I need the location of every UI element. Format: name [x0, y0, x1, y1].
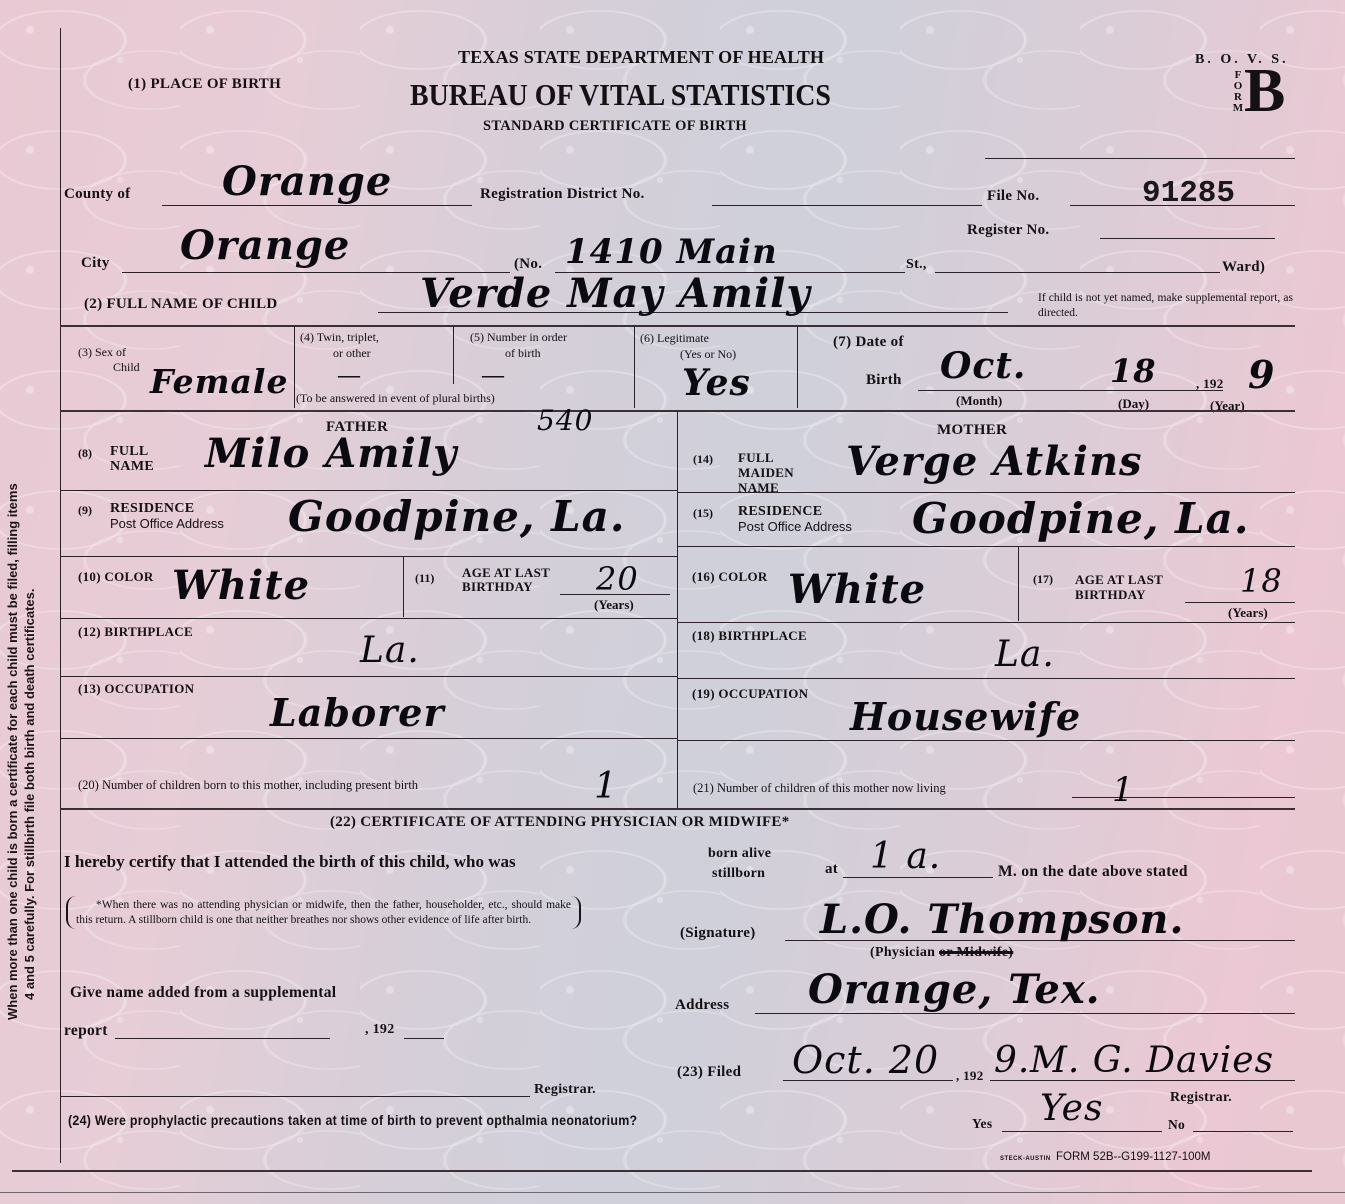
father-birthplace-rule	[60, 676, 677, 677]
mother-color-age-divider	[1018, 547, 1019, 621]
supplemental-registrar-underline	[60, 1096, 530, 1097]
ward-underline	[935, 272, 1220, 273]
dob-label-line2: Birth	[866, 372, 902, 389]
county-label: County of	[64, 186, 130, 203]
children-born-value[interactable]: 1	[594, 766, 618, 807]
signature-label: (Signature)	[680, 925, 756, 942]
certificate-type-title: STANDARD CERTIFICATE OF BIRTH	[483, 118, 747, 135]
register-no-underline	[1100, 238, 1275, 239]
children-living-label: (21) Number of children of this mother n…	[693, 781, 946, 796]
sex-label: (3) Sex of	[78, 345, 126, 360]
physician-address-value[interactable]: Orange, Tex.	[808, 966, 1101, 1013]
mother-name-value[interactable]: Verge Atkins	[846, 438, 1143, 485]
form-word-vertical: FORM	[1232, 70, 1244, 114]
filed-year-value[interactable]: 9.	[994, 1040, 1030, 1081]
supplemental-label: Give name added from a supplemental	[70, 984, 336, 1002]
birth-time-at-label: at	[825, 861, 838, 878]
mother-color-label: (16) COLOR	[692, 569, 768, 585]
footnote-bracket-box: *When there was no attending physician o…	[66, 896, 581, 929]
divider-6-7	[797, 326, 798, 408]
mother-name-label-line1: FULL	[738, 450, 794, 465]
registrar-signature-value[interactable]: M. G. Davies	[1030, 1040, 1274, 1081]
printer-imprint: STECK-AUSTIN	[1000, 1156, 1051, 1162]
father-occupation-value[interactable]: Laborer	[270, 690, 444, 735]
mother-occupation-label: (19) OCCUPATION	[692, 686, 808, 702]
county-underline	[162, 205, 472, 206]
father-name-num: (8)	[78, 446, 92, 461]
sidebar-note-line-1: When more than one child is born a certi…	[4, 160, 21, 1020]
sidebar-note-line-2: 4 and 5 carefully. For stillbirth file b…	[21, 160, 38, 1020]
registration-district-underline	[712, 205, 982, 206]
parents-center-divider	[677, 411, 678, 809]
legitimate-label-line2: (Yes or No)	[680, 347, 736, 362]
father-birthplace-value[interactable]: La.	[360, 630, 420, 671]
registration-district-label: Registration District No.	[480, 186, 645, 203]
physician-signature-value[interactable]: L.O. Thompson.	[820, 896, 1184, 943]
left-margin-rule	[60, 28, 61, 1163]
mother-age-value[interactable]: 18	[1240, 562, 1283, 600]
form-letter: B	[1244, 56, 1285, 126]
month-caption: (Month)	[956, 393, 1002, 409]
birth-order-label: (5) Number in order	[470, 330, 567, 345]
mother-name-label: FULLMAIDENNAME	[738, 450, 794, 495]
father-residence-label-line1: RESIDENCE	[110, 501, 224, 516]
street-suffix-label: St.,	[906, 257, 927, 273]
twin-label-line2: or other	[333, 346, 371, 361]
mother-birthplace-rule	[677, 678, 1295, 679]
midwife-caption-struck: or Midwife)	[939, 945, 1013, 960]
form-number: FORM 52B--G199-1127-100M	[1056, 1151, 1210, 1163]
children-born-label: (20) Number of children born to this mot…	[78, 778, 418, 793]
dob-month-value[interactable]: Oct.	[940, 345, 1026, 387]
birth-order-value[interactable]: —	[482, 362, 504, 388]
father-name-label: FULLNAME	[110, 444, 154, 474]
mother-years-caption: (Years)	[1228, 605, 1268, 621]
children-living-value[interactable]: 1	[1112, 770, 1135, 810]
father-color-value[interactable]: White	[172, 562, 310, 609]
birth-time-underline	[843, 877, 993, 878]
father-margin-note: 540	[537, 404, 593, 437]
father-color-label: (10) COLOR	[78, 569, 154, 585]
prophylactic-no-underline	[1193, 1131, 1293, 1132]
address-label: Address	[675, 997, 729, 1014]
physician-certificate-heading: (22) CERTIFICATE OF ATTENDING PHYSICIAN …	[330, 814, 790, 831]
attending-footnote: *When there was no attending physician o…	[76, 898, 571, 927]
mother-occupation-rule	[677, 740, 1295, 741]
birth-time-suffix: M. on the date above stated	[998, 863, 1188, 881]
father-birthplace-label: (12) BIRTHPLACE	[78, 624, 193, 640]
bottom-rule-2	[0, 1192, 1345, 1193]
signature-caption: (Physician or Midwife)	[870, 945, 1013, 961]
dob-underline	[918, 390, 1223, 391]
file-no-value[interactable]: 91285	[1142, 176, 1235, 211]
twin-value[interactable]: —	[338, 362, 360, 388]
mother-residence-value[interactable]: Goodpine, La.	[912, 494, 1249, 543]
twin-label: (4) Twin, triplet,	[300, 330, 379, 345]
father-residence-rule	[60, 556, 677, 557]
mother-residence-num: (15)	[693, 506, 713, 521]
father-name-value[interactable]: Milo Amily	[205, 430, 457, 477]
mother-residence-label-line1: RESIDENCE	[738, 504, 852, 519]
child-name-label: (2) FULL NAME OF CHILD	[84, 296, 278, 313]
father-years-caption: (Years)	[594, 597, 634, 613]
bureau-title: BUREAU OF VITAL STATISTICS	[410, 77, 831, 113]
father-age-label: AGE AT LASTBIRTHDAY	[462, 566, 550, 594]
father-color-age-divider	[403, 557, 404, 617]
birth-order-label-line2: of birth	[505, 346, 541, 361]
address-underline	[755, 1013, 1295, 1014]
mother-occupation-value[interactable]: Housewife	[850, 694, 1081, 739]
dob-year-value[interactable]: 9	[1248, 352, 1275, 397]
father-residence-label-line2: Post Office Address	[110, 516, 224, 531]
father-occupation-label: (13) OCCUPATION	[78, 681, 194, 697]
mother-age-label-line1: AGE AT LAST	[1075, 572, 1163, 587]
supplemental-report-label: report	[64, 1022, 108, 1040]
street-value[interactable]: 1410 Main	[565, 232, 778, 272]
father-occupation-rule	[60, 738, 677, 739]
supplemental-report-underline	[115, 1038, 330, 1039]
header-rule	[985, 158, 1295, 159]
mother-residence-label: RESIDENCEPost Office Address	[738, 504, 852, 534]
place-of-birth-heading: (1) PLACE OF BIRTH	[128, 76, 281, 93]
mother-heading: MOTHER	[937, 422, 1007, 439]
department-title: TEXAS STATE DEPARTMENT OF HEALTH	[458, 47, 824, 68]
filed-year-prefix: , 192	[956, 1068, 984, 1084]
father-name-label-line2: NAME	[110, 459, 154, 474]
supplemental-year-prefix: , 192	[365, 1022, 395, 1038]
mother-name-rule	[677, 492, 1295, 493]
file-no-label: File No.	[987, 188, 1039, 205]
supplemental-year-underline	[404, 1038, 444, 1039]
supplemental-registrar-label: Registrar.	[534, 1082, 596, 1098]
mother-residence-label-line2: Post Office Address	[738, 519, 852, 534]
mother-birthplace-value[interactable]: La.	[995, 634, 1055, 675]
certify-statement: I hereby certify that I attended the bir…	[64, 852, 516, 872]
father-name-label-line1: FULL	[110, 444, 154, 459]
prophylactic-yes-label: Yes	[972, 1116, 992, 1132]
father-age-value[interactable]: 20	[596, 560, 639, 598]
unnamed-child-note: If child is not yet named, make suppleme…	[1038, 291, 1293, 321]
father-age-label-line1: AGE AT LAST	[462, 566, 550, 580]
ward-label: Ward)	[1222, 259, 1265, 276]
sex-label-line2: Child	[113, 360, 140, 375]
rule-row-3-top	[60, 325, 1295, 327]
dob-label: (7) Date of	[833, 334, 904, 351]
filing-registrar-label: Registrar.	[1170, 1090, 1232, 1106]
divider-5-6	[634, 326, 635, 408]
father-residence-num: (9)	[78, 503, 92, 518]
filed-date-value[interactable]: Oct. 20	[792, 1038, 939, 1082]
prophylactic-yes-underline	[1002, 1131, 1162, 1132]
father-age-num: (11)	[415, 571, 434, 586]
dob-year-prefix: , 192	[1196, 376, 1224, 392]
city-value[interactable]: Orange	[180, 222, 350, 269]
rule-certificate-top	[60, 808, 1295, 810]
bottom-rule-1	[12, 1170, 1312, 1172]
legitimate-value[interactable]: Yes	[682, 362, 751, 404]
father-name-rule	[60, 490, 677, 491]
prophylactic-question: (24) Were prophylactic precautions taken…	[68, 1113, 637, 1128]
birth-time-value[interactable]: 1 a.	[870, 836, 941, 877]
born-alive-option[interactable]: born alive	[708, 846, 771, 862]
mother-birthplace-label: (18) BIRTHPLACE	[692, 628, 807, 644]
divider-4-5	[453, 326, 454, 384]
stillborn-option[interactable]: stillborn	[712, 866, 765, 882]
sex-value[interactable]: Female	[150, 362, 288, 401]
child-name-value[interactable]: Verde May Amily	[420, 270, 811, 317]
dob-day-value[interactable]: 18	[1110, 352, 1157, 390]
register-no-label: Register No.	[967, 222, 1049, 239]
father-age-label-line2: BIRTHDAY	[462, 580, 550, 594]
mother-age-label-line2: BIRTHDAY	[1075, 587, 1163, 602]
mother-color-rule	[677, 622, 1295, 623]
physician-caption: (Physician	[870, 945, 935, 960]
divider-3-4	[294, 326, 295, 408]
mother-residence-rule	[677, 546, 1295, 547]
father-residence-label: RESIDENCEPost Office Address	[110, 501, 224, 531]
prophylactic-yes-value[interactable]: Yes	[1040, 1088, 1103, 1129]
mother-age-num: (17)	[1033, 572, 1053, 587]
legitimate-label: (6) Legitimate	[640, 331, 709, 346]
mother-age-label: AGE AT LASTBIRTHDAY	[1075, 572, 1163, 602]
mother-name-num: (14)	[693, 452, 713, 467]
father-color-rule	[60, 618, 677, 619]
mother-name-label-line2: MAIDEN	[738, 465, 794, 480]
children-living-underline	[1072, 797, 1295, 798]
plural-births-note: (To be answered in event of plural birth…	[296, 391, 495, 406]
city-label: City	[81, 255, 110, 272]
filed-label: (23) Filed	[677, 1064, 741, 1081]
father-residence-value[interactable]: Goodpine, La.	[288, 492, 625, 541]
mother-age-underline	[1185, 602, 1295, 603]
sidebar-instruction-note: When more than one child is born a certi…	[4, 160, 38, 1020]
mother-color-value[interactable]: White	[788, 566, 926, 613]
prophylactic-no-label: No	[1168, 1117, 1185, 1133]
county-value[interactable]: Orange	[222, 158, 392, 205]
